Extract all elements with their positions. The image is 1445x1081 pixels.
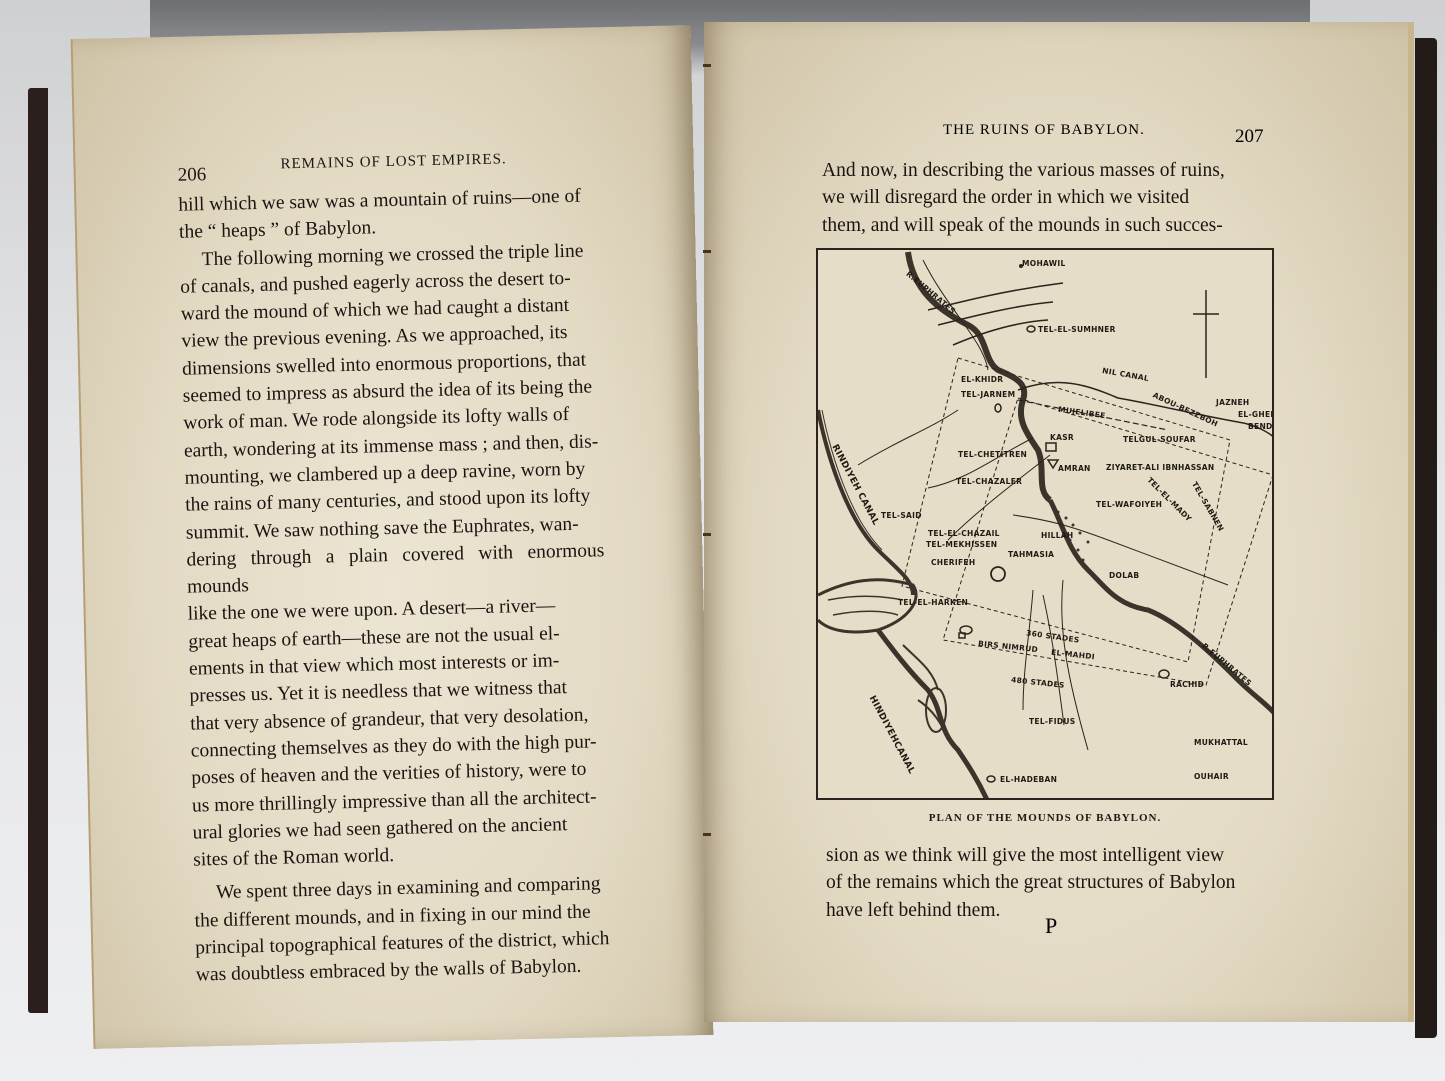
- map-label: CHERIFEH: [931, 558, 975, 567]
- paragraph: We spent three days in examining and com…: [194, 871, 614, 990]
- map-label: DOLAB: [1109, 571, 1139, 580]
- map-label: OUHAIR: [1194, 772, 1229, 781]
- map-label: MUKHATTAL: [1194, 738, 1248, 747]
- map-label: KASR: [1050, 433, 1074, 442]
- map-label: HILLAH: [1041, 531, 1074, 540]
- right-page-body-top: And now, in describing the various masse…: [822, 157, 1268, 239]
- map-label: EL-HADEBAN: [1000, 775, 1057, 784]
- map-label: EL-GHEIMIR: [1238, 410, 1274, 419]
- map-label: AMRAN: [1058, 464, 1091, 473]
- map-label: TEL-MEKHISSEN: [926, 540, 997, 549]
- right-page-body-bottom: sion as we think will give the most inte…: [826, 842, 1272, 924]
- map-label: ZIYARET-ALI IBNHASSAN: [1106, 463, 1214, 472]
- map-label: BENDER: [1248, 422, 1274, 431]
- map-label: TEL-CHAZALER: [956, 477, 1022, 486]
- map-label: TELGUL-SOUFAR: [1123, 435, 1196, 444]
- map-label: MOHAWIL: [1022, 259, 1066, 268]
- running-head-left: REMAINS OF LOST EMPIRES.: [280, 151, 507, 173]
- map-label: TEL-EL-HARKEN: [898, 598, 968, 607]
- map-label: TEL-CHETITREN: [958, 450, 1027, 459]
- map-label: TEL-FIDUS: [1029, 717, 1075, 726]
- map-label: TEL-WAFOIYEH: [1096, 500, 1162, 509]
- left-page-body: hill which we saw was a mountain of ruin…: [178, 182, 614, 989]
- binding-thread: [703, 833, 711, 836]
- book-cover-left-edge: [28, 88, 48, 1013]
- map-label: TEL-EL-SUMHNER: [1038, 325, 1116, 334]
- paragraph: The following morning we crossed the tri…: [179, 237, 611, 874]
- paragraph: hill which we saw was a mountain of ruin…: [178, 182, 597, 246]
- map-label: TAHMASIA: [1008, 550, 1054, 559]
- running-head-right: THE RUINS OF BABYLON.: [943, 122, 1145, 139]
- page-number-right: 207: [1235, 126, 1264, 148]
- map-label: EL-KHIDR: [961, 375, 1003, 384]
- map-label: JAZNEH: [1216, 398, 1250, 407]
- signature-mark: P: [1045, 913, 1057, 939]
- page-number-left: 206: [177, 164, 206, 187]
- map-label: TEL-SAID: [881, 511, 922, 520]
- book-cover-right-edge: [1415, 38, 1437, 1038]
- map-label: TEL-JARNEM: [961, 390, 1015, 399]
- map-label: TEL-EL-CHAZAIL: [928, 529, 1000, 538]
- binding-thread: [703, 533, 711, 536]
- figure-caption: PLAN OF THE MOUNDS OF BABYLON.: [816, 812, 1274, 824]
- binding-thread: [703, 250, 711, 253]
- map-plan-of-babylon: MOHAWIL R.EUPHRATES TEL-EL-SUMHNER NIL C…: [816, 248, 1274, 800]
- binding-thread: [703, 64, 711, 67]
- map-label: RACHID: [1170, 680, 1204, 689]
- left-page: 206 REMAINS OF LOST EMPIRES. hill which …: [71, 25, 714, 1049]
